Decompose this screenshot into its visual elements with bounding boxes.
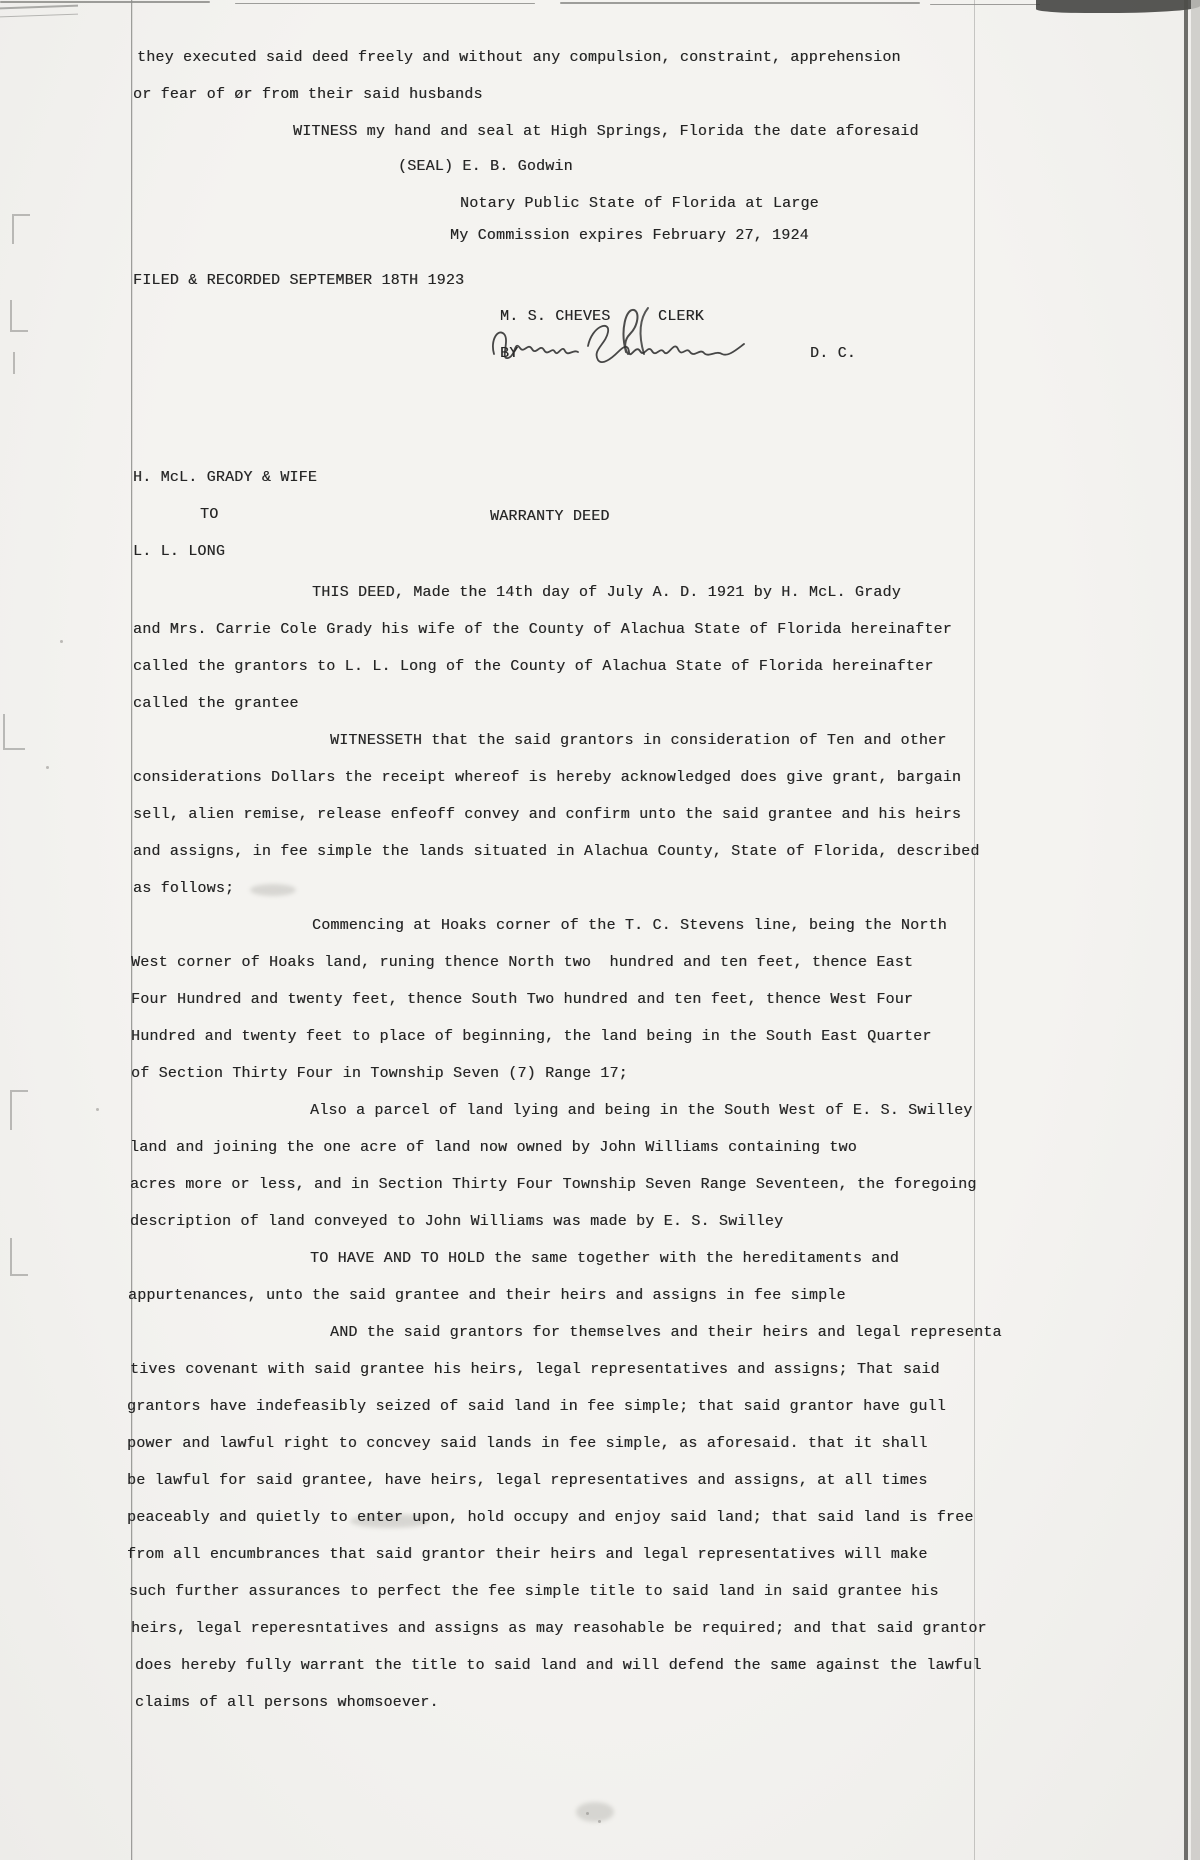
deed-text-line: such further assurances to perfect the f… (129, 1582, 939, 1601)
clerk-signature-script-icon (488, 316, 758, 372)
binding-mark (3, 714, 25, 750)
deed-text-line: as follows; (133, 879, 234, 898)
deed-text-line: West corner of Hoaks land, runing thence… (131, 953, 913, 972)
notary-title-line: Notary Public State of Florida at Large (460, 194, 819, 213)
deed-text-line: Hundred and twenty feet to place of begi… (131, 1027, 932, 1046)
deed-text-line: Four Hundred and twenty feet, thence Sou… (131, 990, 913, 1009)
binding-mark (13, 352, 27, 374)
filed-recorded-line: FILED & RECORDED SEPTEMBER 18TH 1923 (133, 271, 464, 290)
binding-mark (12, 214, 30, 244)
seal-line: (SEAL) E. B. Godwin (398, 157, 573, 176)
acknowledgment-line-2: or fear of ør from their said husbands (133, 85, 483, 104)
right-margin-rule (974, 0, 975, 1860)
scan-smudge (250, 884, 296, 896)
to-label: TO (200, 505, 218, 524)
scanned-deed-page: they executed said deed freely and witho… (0, 0, 1200, 1860)
scan-artifact-corner (1036, 0, 1200, 13)
scan-artifact-line (930, 4, 1040, 5)
deed-text-line: from all encumbrances that said grantor … (127, 1545, 928, 1564)
left-margin-rule (131, 0, 132, 1860)
deed-text-line: tives covenant with said grantee his hei… (130, 1360, 940, 1379)
deed-text-line: description of land conveyed to John Wil… (130, 1212, 783, 1231)
deed-text-line: AND the said grantors for themselves and… (330, 1323, 1002, 1342)
deed-text-line: THIS DEED, Made the 14th day of July A. … (312, 583, 901, 602)
scan-artifact-line (235, 3, 535, 4)
deed-text-line: and assigns, in fee simple the lands sit… (133, 842, 980, 861)
deed-text-line: and Mrs. Carrie Cole Grady his wife of t… (133, 620, 952, 639)
deed-text-line: TO HAVE AND TO HOLD the same together wi… (310, 1249, 899, 1268)
deed-text-line: called the grantors to L. L. Long of the… (133, 657, 934, 676)
deed-text-line: Also a parcel of land lying and being in… (310, 1101, 973, 1120)
deed-text-line: acres more or less, and in Section Thirt… (130, 1175, 977, 1194)
paper-speck (586, 1812, 589, 1815)
deed-text-line: heirs, legal reperesntatives and assigns… (131, 1619, 987, 1638)
deed-text-line: does hereby fully warrant the title to s… (135, 1656, 982, 1675)
deed-text-line: of Section Thirty Four in Township Seven… (131, 1064, 628, 1083)
witness-line: WITNESS my hand and seal at High Springs… (293, 122, 919, 141)
deed-text-line: peaceably and quietly to enter upon, hol… (127, 1508, 974, 1527)
commission-line: My Commission expires February 27, 1924 (450, 226, 809, 245)
deed-text-line: grantors have indefeasibly seized of sai… (127, 1397, 946, 1416)
deed-text-line: appurtenances, unto the said grantee and… (128, 1286, 846, 1305)
deed-text-line: be lawful for said grantee, have heirs, … (127, 1471, 928, 1490)
deed-text-line: claims of all persons whomsoever. (135, 1693, 439, 1712)
deed-text-line: sell, alien remise, release enfeoff conv… (133, 805, 961, 824)
deed-text-line: Commencing at Hoaks corner of the T. C. … (312, 916, 947, 935)
page-edge-margin (1191, 0, 1200, 1860)
scan-smudge (576, 1802, 614, 1822)
binding-mark (10, 1238, 28, 1276)
deed-text-line: considerations Dollars the receipt where… (133, 768, 961, 787)
deed-text-line: land and joining the one acre of land no… (130, 1138, 857, 1157)
deed-text-line: called the grantee (133, 694, 299, 713)
scan-artifact-line (0, 1, 210, 3)
paper-speck (96, 1108, 99, 1111)
binding-mark (10, 1090, 28, 1130)
acknowledgment-line-1: they executed said deed freely and witho… (137, 48, 901, 67)
grantee-name: L. L. LONG (133, 542, 225, 561)
deputy-clerk-label: D. C. (810, 344, 856, 363)
instrument-title: WARRANTY DEED (490, 507, 610, 526)
deed-text-line: power and lawful right to concvey said l… (127, 1434, 928, 1453)
scan-artifact-squiggle (0, 5, 78, 18)
page-edge-shadow (1184, 0, 1188, 1860)
paper-speck (60, 640, 63, 643)
grantor-name: H. McL. GRADY & WIFE (133, 468, 317, 487)
paper-speck (598, 1820, 601, 1823)
paper-speck (46, 766, 49, 769)
binding-mark (10, 300, 28, 332)
deed-text-line: WITNESSETH that the said grantors in con… (330, 731, 947, 750)
scan-artifact-line (560, 2, 920, 4)
